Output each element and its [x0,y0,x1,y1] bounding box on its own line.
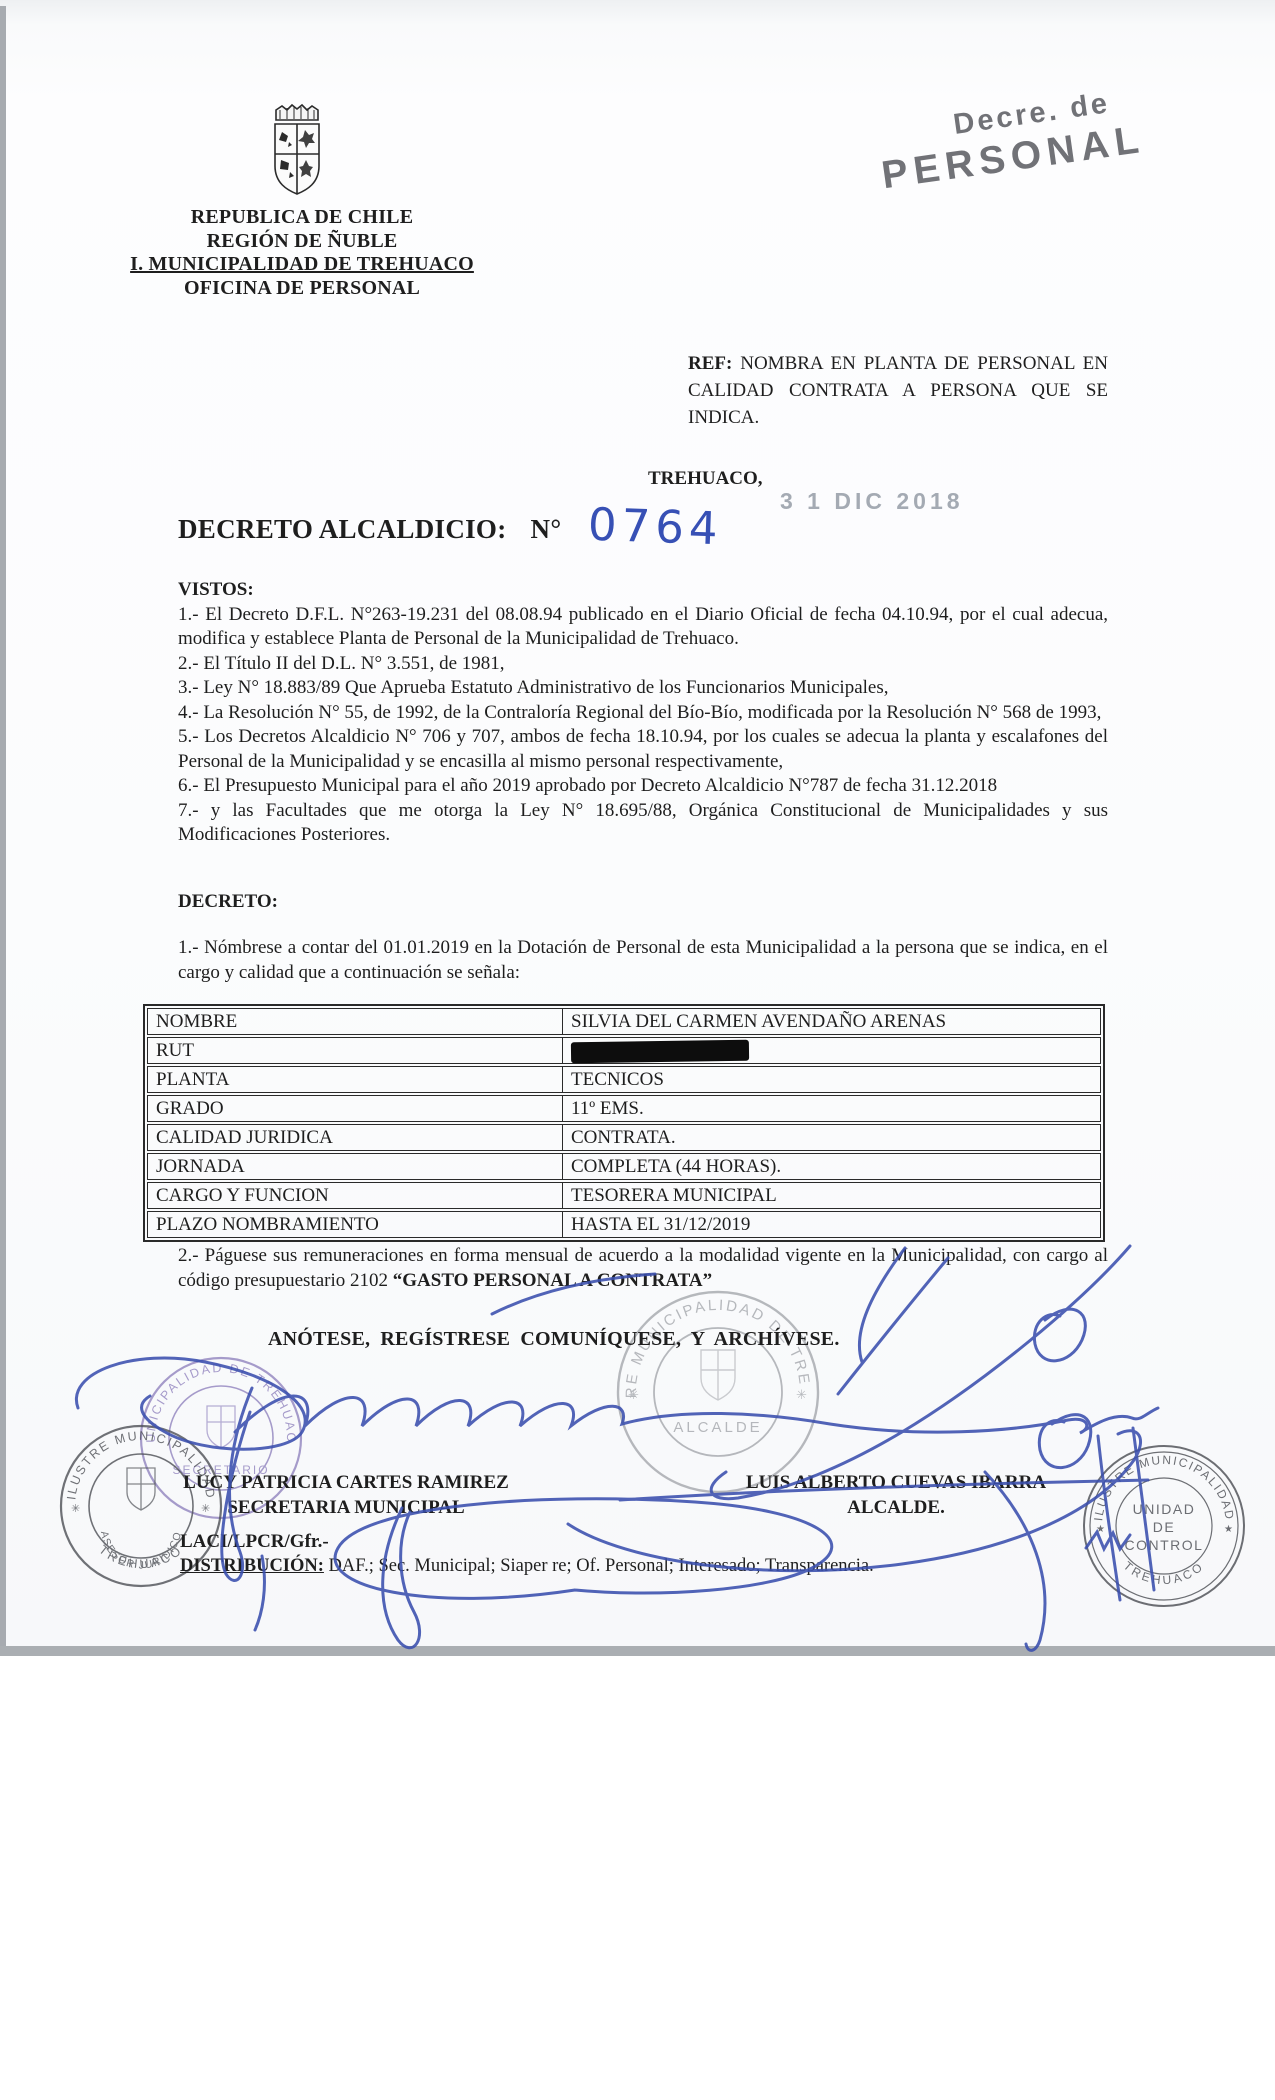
decree-title-line: DECRETO ALCALDICIO:N° [178,514,561,545]
scanned-decree-page: { "document": { "header": { "emblem": "m… [0,0,1275,2100]
letterhead: REPUBLICA DE CHILE REGIÓN DE ÑUBLE I. MU… [126,206,478,300]
table-cell-label: NOMBRE [147,1008,563,1035]
decreto-item2-bold: “GASTO PERSONAL A CONTRATA” [393,1270,712,1291]
letterhead-country: REPUBLICA DE CHILE [126,206,478,230]
table-cell-value: TECNICOS [563,1066,1101,1093]
vistos-item-3: 3.- Ley N° 18.883/89 Que Aprueba Estatut… [178,676,1108,701]
table-row: PLANTA TECNICOS [147,1066,1101,1093]
scanned-page-background: ILUSTRE MUNICIPALIDAD DE TREHUACO ALCALD… [0,0,1275,1656]
closing-formula: ANÓTESE, REGÍSTRESE COMUNÍQUESE, Y ARCHÍ… [268,1328,840,1351]
table-cell-label: CARGO Y FUNCION [147,1182,563,1209]
place-line: TREHUACO, [648,468,763,490]
text-layer: REPUBLICA DE CHILE REGIÓN DE ÑUBLE I. MU… [0,0,1275,1656]
vistos-section: VISTOS: 1.- El Decreto D.F.L. N°263-19.2… [178,578,1108,848]
alcalde-name: LUIS ALBERTO CUEVAS IBARRA [695,1470,1097,1495]
personal-ink-stamp: Decre. de PERSONAL [874,73,1222,199]
vistos-item-7: 7.- y las Facultades que me otorga la Le… [178,799,1108,848]
letterhead-office: OFICINA DE PERSONAL [126,277,478,301]
rut-redaction-bar [571,1040,749,1063]
table-cell-value: 11º EMS. [563,1095,1101,1122]
appointment-table: NOMBRE SILVIA DEL CARMEN AVENDAÑO ARENAS… [143,1004,1105,1242]
ref-block: REF: NOMBRA EN PLANTA DE PERSONAL EN CAL… [688,350,1108,431]
table-cell-value [563,1037,1101,1064]
signature-block-secretaria: LUCY PATRICIA CARTES RAMIREZ SECRETARIA … [178,1470,514,1520]
table-cell-value: CONTRATA. [563,1124,1101,1151]
decreto-item1: 1.- Nómbrese a contar del 01.01.2019 en … [178,936,1108,985]
distribution-line: DISTRIBUCIÓN: DAF.; Sec. Municipal; Siap… [180,1556,874,1577]
table-cell-value: HASTA EL 31/12/2019 [563,1211,1101,1238]
table-cell-value: TESORERA MUNICIPAL [563,1182,1101,1209]
table-cell-value: SILVIA DEL CARMEN AVENDAÑO ARENAS [563,1008,1101,1035]
distribution-text: DAF.; Sec. Municipal; Siaper re; Of. Per… [324,1556,874,1576]
table-row: RUT [147,1037,1101,1064]
table-row: NOMBRE SILVIA DEL CARMEN AVENDAÑO ARENAS [147,1008,1101,1035]
letterhead-region: REGIÓN DE ÑUBLE [126,230,478,254]
decree-number-prefix: N° [531,514,562,544]
signature-block-alcalde: LUIS ALBERTO CUEVAS IBARRA ALCALDE. [695,1470,1097,1520]
decreto-heading: DECRETO: [178,891,278,913]
secretaria-name: LUCY PATRICIA CARTES RAMIREZ [178,1470,514,1495]
date-ink-stamp: 3 1 DIC 2018 [780,488,964,515]
distribution-label: DISTRIBUCIÓN: [180,1556,324,1576]
ref-text: NOMBRA EN PLANTA DE PERSONAL EN CALIDAD … [688,353,1108,428]
vistos-item-5: 5.- Los Decretos Alcaldicio N° 706 y 707… [178,725,1108,774]
secretaria-title: SECRETARIA MUNICIPAL [178,1495,514,1520]
ref-label: REF: [688,353,732,374]
table-row: CARGO Y FUNCION TESORERA MUNICIPAL [147,1182,1101,1209]
table-cell-label: GRADO [147,1095,563,1122]
table-cell-label: PLANTA [147,1066,563,1093]
table-row: GRADO 11º EMS. [147,1095,1101,1122]
table-cell-label: PLAZO NOMBRAMIENTO [147,1211,563,1238]
decree-title: DECRETO ALCALDICIO: [178,514,507,544]
alcalde-title: ALCALDE. [695,1495,1097,1520]
decreto-item2: 2.- Páguese sus remuneraciones en forma … [178,1244,1108,1293]
table-row: JORNADA COMPLETA (44 HORAS). [147,1153,1101,1180]
vistos-item-1: 1.- El Decreto D.F.L. N°263-19.231 del 0… [178,603,1108,652]
initials-line: LACI/LPCR/Gfr.- [180,1531,329,1553]
vistos-item-4: 4.- La Resolución N° 55, de 1992, de la … [178,701,1108,726]
table-cell-label: RUT [147,1037,563,1064]
table-cell-label: CALIDAD JURIDICA [147,1124,563,1151]
table-row: CALIDAD JURIDICA CONTRATA. [147,1124,1101,1151]
table-cell-label: JORNADA [147,1153,563,1180]
decree-number-handwritten: 0764 [587,498,723,556]
vistos-heading: VISTOS: [178,578,1108,603]
vistos-item-6: 6.- El Presupuesto Municipal para el año… [178,774,1108,799]
table-cell-value: COMPLETA (44 HORAS). [563,1153,1101,1180]
letterhead-municipality: I. MUNICIPALIDAD DE TREHUACO [126,253,478,277]
coat-of-arms-icon [268,98,326,210]
table-row: PLAZO NOMBRAMIENTO HASTA EL 31/12/2019 [147,1211,1101,1238]
vistos-item-2: 2.- El Título II del D.L. N° 3.551, de 1… [178,652,1108,677]
